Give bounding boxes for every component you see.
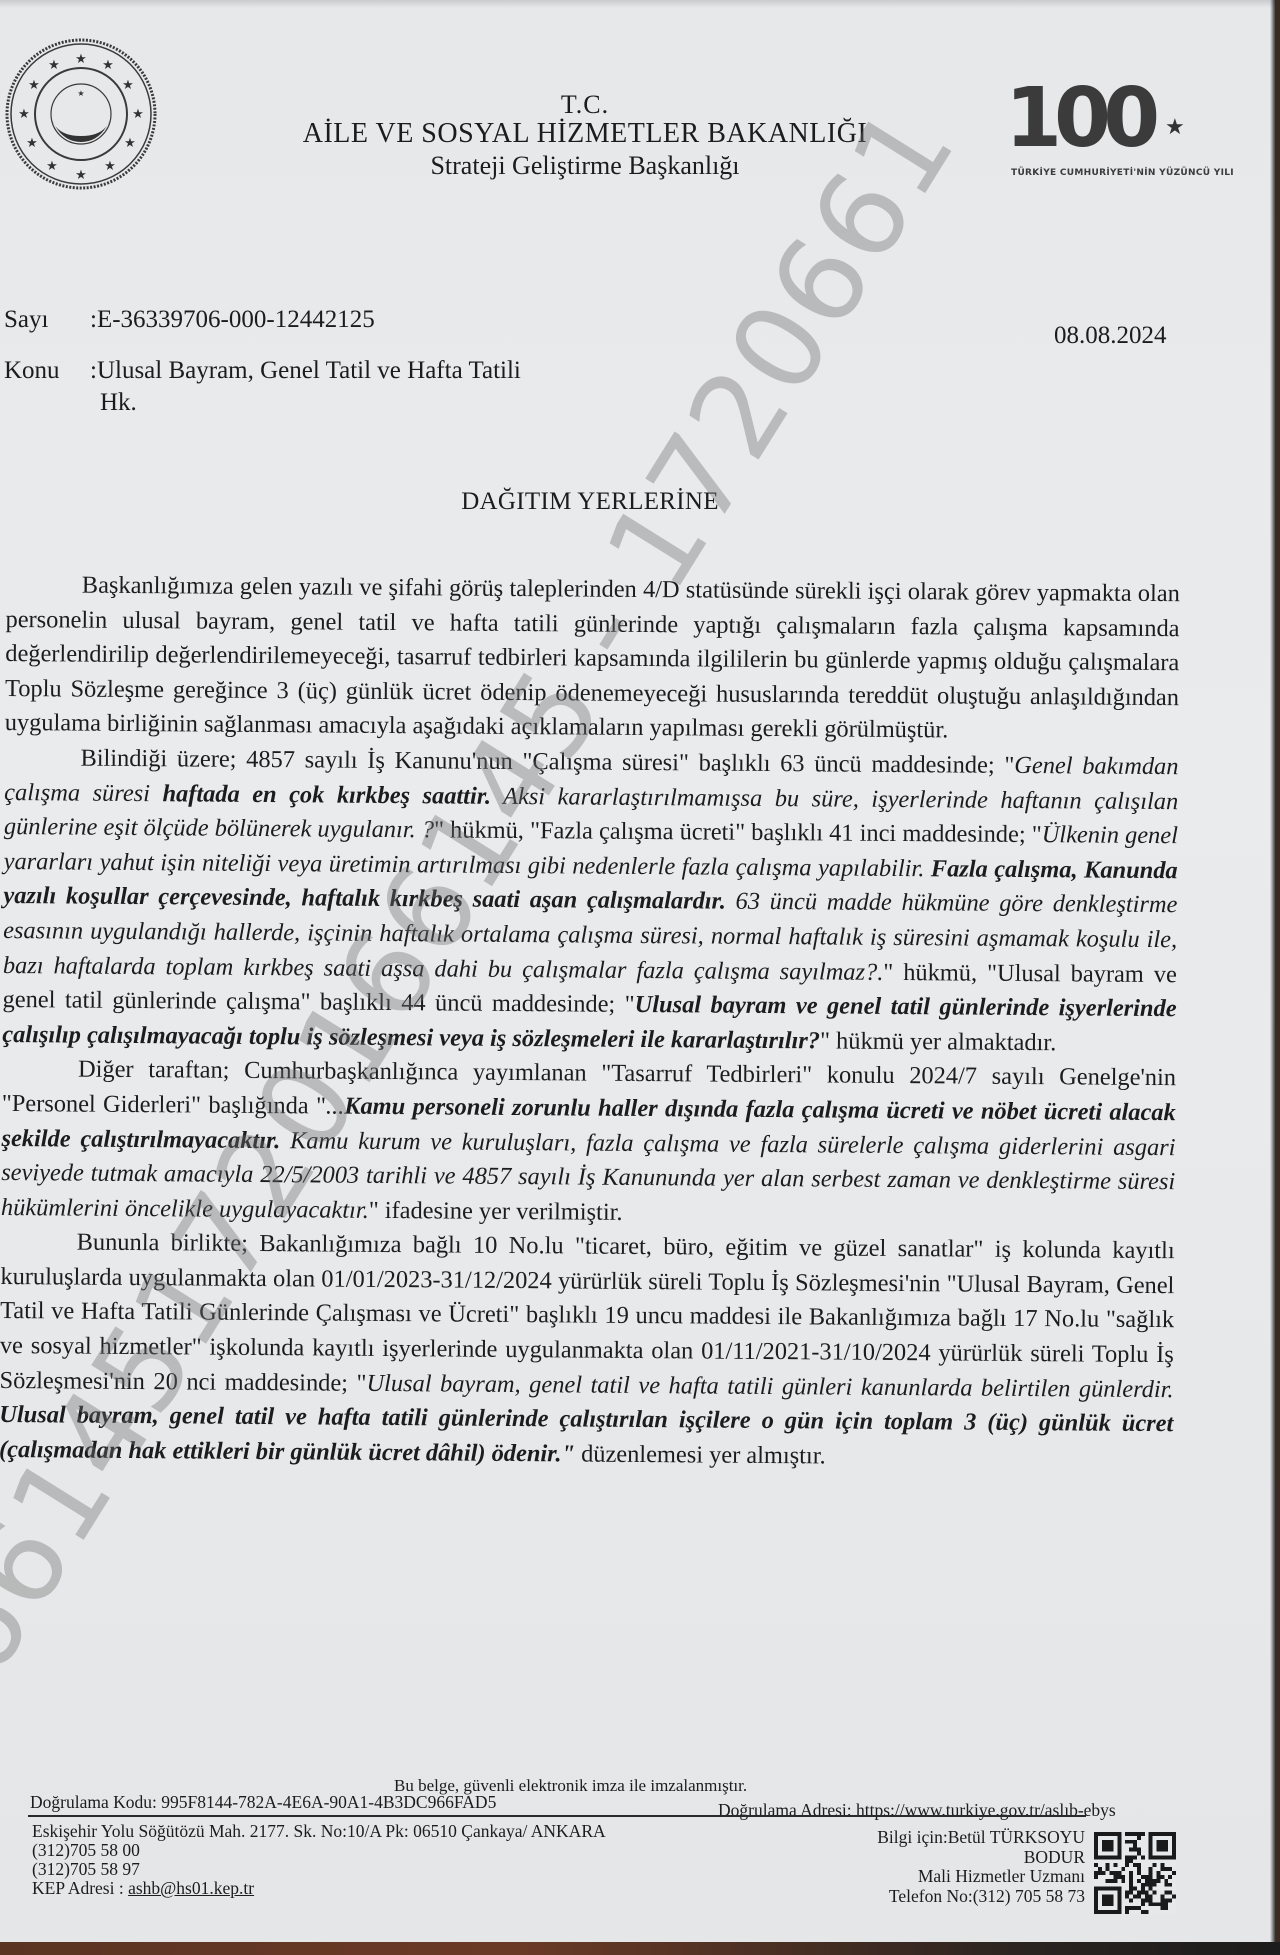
verification-code: Doğrulama Kodu: 995F8144-782A-4E6A-90A1-… — [30, 1792, 496, 1813]
text-run: Bilindiği üzere; 4857 sayılı İş Kanunu'n… — [80, 745, 1014, 779]
anniversary-logo: 100 ★ TÜRKİYE CUMHURİYETİ'NİN YÜZÜNCÜ YI… — [1005, 78, 1195, 188]
document-page: ★★★ ★★ ★★ ★★ ★★★ ★ T.C. AİLE VE SOSYAL H… — [0, 0, 1276, 1942]
svg-text:★: ★ — [75, 52, 87, 67]
text-run: Ulusal bayram, genel tatil ve hafta tati… — [366, 1370, 1173, 1403]
svg-text:★: ★ — [122, 78, 134, 93]
svg-text:★: ★ — [1165, 115, 1185, 140]
svg-text:★: ★ — [26, 136, 38, 151]
text-run: haftada en çok kırkbeş saattir. — [162, 780, 491, 810]
text-run: düzenlemesi yer almıştır. — [575, 1440, 826, 1469]
paragraph-1: Başkanlığımıza gelen yazılı ve şifahi gö… — [5, 568, 1180, 750]
paragraph-3: Diğer taraftan; Cumhurbaşkanlığınca yayı… — [1, 1052, 1176, 1234]
svg-text:★: ★ — [132, 107, 144, 122]
svg-text:★: ★ — [124, 136, 136, 151]
kep-label: KEP Adresi : — [32, 1878, 128, 1898]
document-number-row: Sayı:E-36339706-000-12442125 — [4, 305, 375, 335]
footer-divider — [28, 1815, 1086, 1817]
contact-address-block: Eskişehir Yolu Söğütözü Mah. 2177. Sk. N… — [32, 1822, 606, 1898]
text-run: " ifadesine yer verilmiştir. — [369, 1197, 623, 1226]
konu-label: Konu — [4, 356, 90, 386]
star-crescent-icon: ★ — [1105, 90, 1185, 170]
paragraph-4: Bununla birlikte; Bakanlığımıza bağlı 10… — [0, 1225, 1175, 1476]
svg-text:★: ★ — [18, 107, 30, 122]
text-run: " hükmü, "Fazla çalışma ücreti" başlıklı… — [434, 817, 1042, 849]
department-name: Strateji Geliştirme Başkanlığı — [280, 150, 890, 182]
page-shadow — [0, 0, 1276, 8]
svg-text:★: ★ — [48, 58, 60, 73]
contact-surname: BODUR — [820, 1848, 1085, 1868]
anniversary-caption: TÜRKİYE CUMHURİYETİ'NİN YÜZÜNCÜ YILI — [1011, 168, 1234, 178]
contact-name: Bilgi için:Betül TÜRKSOYU — [820, 1828, 1085, 1848]
svg-text:★: ★ — [75, 168, 87, 183]
document-date: 08.08.2024 — [1054, 322, 1167, 350]
svg-text:★: ★ — [46, 159, 58, 174]
subject-row: Konu:Ulusal Bayram, Genel Tatil ve Hafta… — [4, 356, 521, 386]
text-run: " hükmü yer almaktadır. — [820, 1027, 1056, 1056]
kep-link[interactable]: ashb@hs01.kep.tr — [128, 1878, 254, 1898]
recipient-heading: DAĞITIM YERLERİNE — [0, 488, 1180, 516]
ministry-emblem-icon: ★★★ ★★ ★★ ★★ ★★★ ★ — [4, 34, 158, 194]
table-surface — [0, 1942, 1280, 1955]
postal-address: Eskişehir Yolu Söğütözü Mah. 2177. Sk. N… — [32, 1822, 606, 1841]
verification-address: Doğrulama Adresi: https://www.turkiye.go… — [718, 1800, 1116, 1821]
svg-text:★: ★ — [28, 78, 40, 93]
konu-value-continued: Hk. — [100, 388, 137, 418]
contact-phone: Telefon No:(312) 705 58 73 — [820, 1887, 1085, 1907]
svg-text:★: ★ — [102, 58, 114, 73]
konu-value: :Ulusal Bayram, Genel Tatil ve Hafta Tat… — [90, 357, 521, 384]
contact-person-block: Bilgi için:Betül TÜRKSOYU BODUR Mali Hiz… — [820, 1828, 1085, 1906]
sayi-value: :E-36339706-000-12442125 — [90, 306, 375, 333]
country-label: T.C. — [280, 92, 890, 118]
svg-text:★: ★ — [77, 89, 84, 98]
contact-title: Mali Hizmetler Uzmanı — [820, 1867, 1085, 1887]
phone-number: (312)705 58 00 — [32, 1841, 606, 1860]
sayi-label: Sayı — [4, 305, 90, 335]
fax-number: (312)705 58 97 — [32, 1860, 606, 1879]
paragraph-2: Bilindiği üzere; 4857 sayılı İş Kanunu'n… — [2, 741, 1178, 1062]
svg-text:★: ★ — [104, 159, 116, 174]
page-edge — [1270, 0, 1276, 1942]
ministry-name: AİLE VE SOSYAL HİZMETLER BAKANLIĞI — [280, 118, 890, 150]
kep-address: KEP Adresi : ashb@hs01.kep.tr — [32, 1879, 606, 1898]
qr-code-icon — [1094, 1832, 1176, 1914]
letter-body: Başkanlığımıza gelen yazılı ve şifahi gö… — [0, 568, 1180, 1477]
letterhead: T.C. AİLE VE SOSYAL HİZMETLER BAKANLIĞI … — [280, 92, 890, 182]
text-run: ... — [326, 1092, 345, 1119]
